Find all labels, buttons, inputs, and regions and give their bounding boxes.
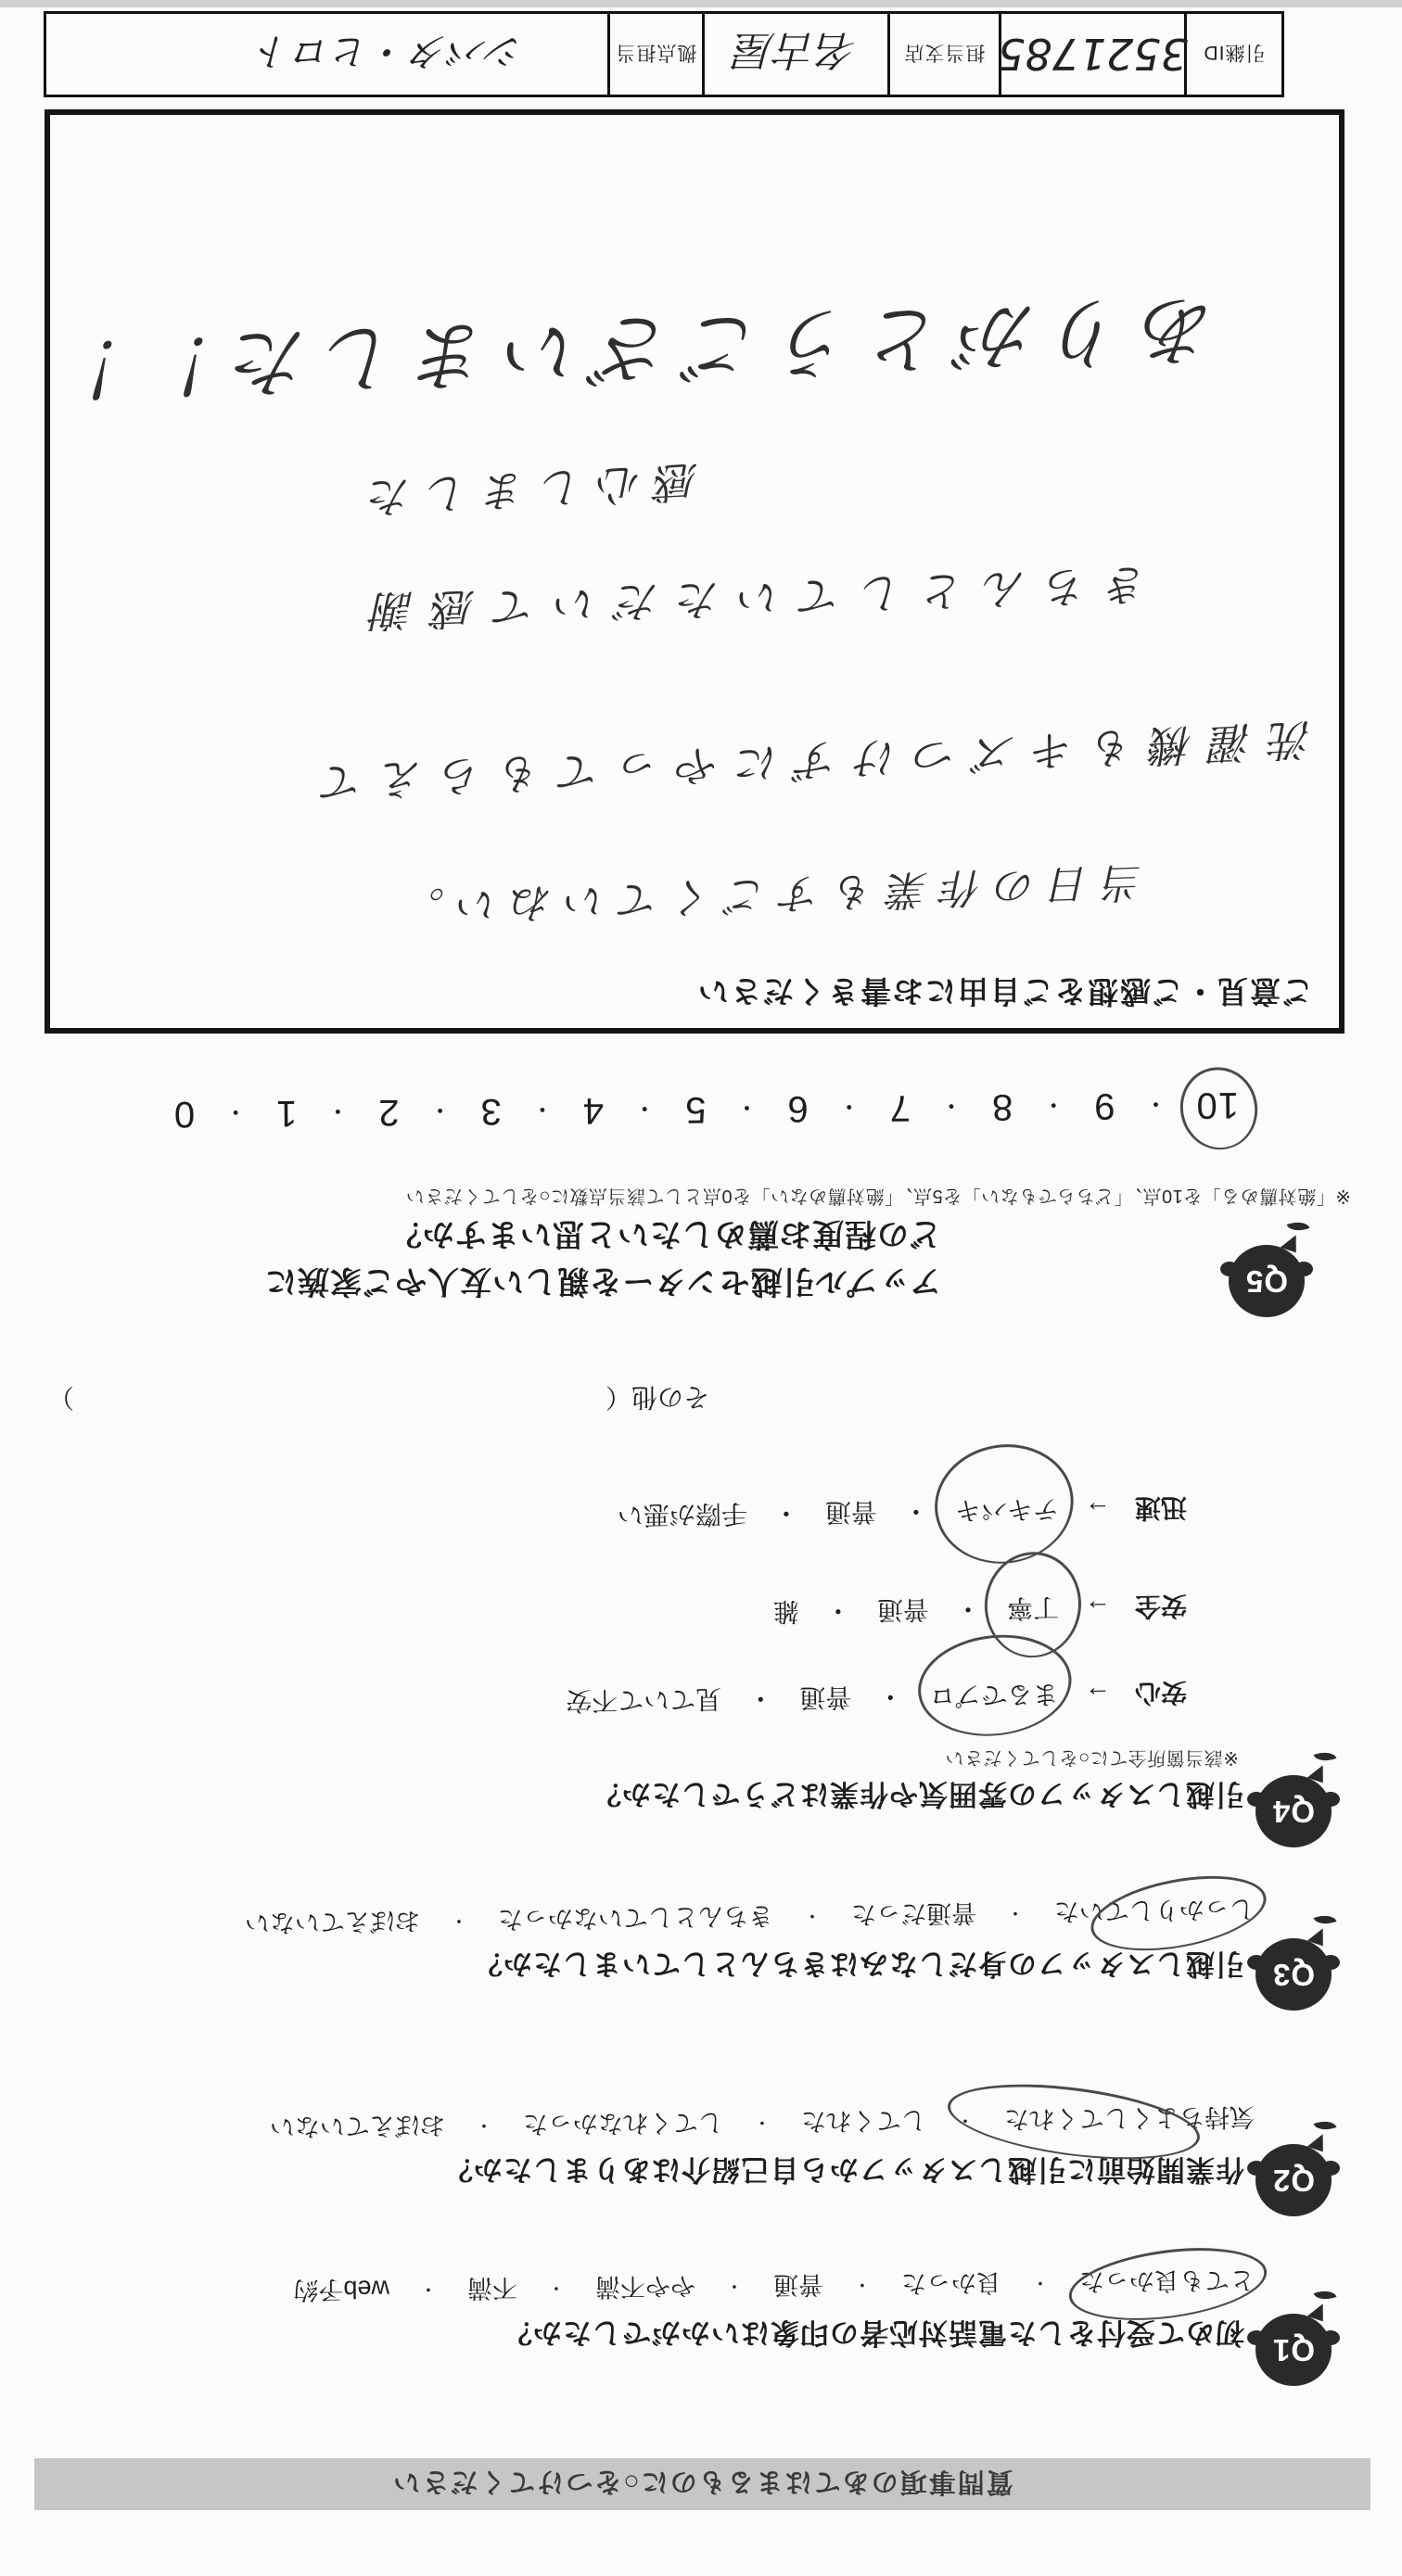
scale-number: 8 [988, 1085, 1017, 1127]
option-selected: しっかりしていた [1052, 1891, 1257, 1934]
scale-separator: ・ [1142, 1088, 1167, 1123]
table-value-branch: 名古屋 [702, 14, 887, 95]
handwriting-line: 感心しました [353, 452, 701, 531]
option-selected: 丁寧 [1005, 1589, 1062, 1631]
scale-separator: ・ [733, 1092, 758, 1126]
badge-decoration [1294, 1262, 1313, 1276]
option-separator: ・ [956, 2109, 975, 2136]
instruction-bar: 質問事項のあてはまるものに○をつけてください [34, 2458, 1370, 2510]
option: web予約 [291, 2271, 391, 2312]
question-badge-q5: Q5 [1229, 1245, 1305, 1317]
question-number: Q4 [1272, 1794, 1315, 1829]
badge-tail [1307, 1925, 1329, 1947]
upside-down-sheet: 質問事項のあてはまるものに○をつけてください Q1 初めて受付をした電話対応者の… [0, 0, 1402, 2576]
option-separator: ・ [825, 1593, 852, 1631]
scanner-edge-artifact [0, 0, 1402, 7]
question-number: Q2 [1272, 2163, 1315, 2198]
question-number: Q3 [1272, 1957, 1315, 1992]
table-value-handover-id: 3521785 [999, 14, 1184, 95]
option-separator: ・ [877, 1680, 904, 1717]
option: 普通だった [849, 1896, 979, 1937]
question-number: Q1 [1272, 2332, 1315, 2367]
option-separator: ・ [725, 2274, 744, 2301]
option: 雑 [771, 1593, 802, 1633]
question-badge-q2: Q2 [1255, 2144, 1332, 2216]
option: やや不満 [593, 2268, 697, 2309]
badge-decoration [1220, 1262, 1239, 1276]
other-option-close-paren: ） [48, 1380, 74, 1417]
badge-decoration [1247, 2161, 1266, 2176]
option: 良かった [899, 2265, 1003, 2305]
q4-other-row: その他（ ） [48, 1380, 709, 1417]
option-separator: ・ [803, 1904, 822, 1931]
other-option-label: その他（ [605, 1380, 709, 1417]
badge-tail [1307, 2131, 1329, 2152]
question-badge-q1: Q1 [1255, 2314, 1332, 2386]
scanned-survey-page: 質問事項のあてはまるものに○をつけてください Q1 初めて受付をした電話対応者の… [0, 0, 1402, 2576]
scale-number: 9 [1090, 1085, 1119, 1126]
option-selected: とても良かった [1077, 2263, 1256, 2304]
option: きちんとしていなかった [496, 1898, 776, 1942]
option-separator: ・ [1006, 1901, 1025, 1928]
scale-separator: ・ [938, 1090, 963, 1124]
arrow-icon: → [1085, 1593, 1111, 1623]
comment-box-instruction: ご意見・ご感想をご自由にお書きください [696, 971, 1313, 1015]
option-separator: ・ [903, 1494, 930, 1531]
nps-scale-row: 10 ・ 9 ・ 8 ・ 7 ・ 6 ・ 5 ・ 4 ・ 3 ・ 2 ・ 1 ・… [170, 1084, 1243, 1135]
option-separator: ・ [450, 1909, 468, 1935]
options-row-q3: しっかりしていた ・ 普通だった ・ きちんとしていなかった ・ おぼえていない [243, 1891, 1256, 1945]
badge-decoration [1321, 2161, 1340, 2176]
instruction-bar-text: 質問事項のあてはまるものに○をつけてください [391, 2466, 1013, 2504]
scale-number: 5 [681, 1088, 710, 1130]
handwriting-line: 当日の作業もすごくていねい。 [390, 856, 1145, 941]
option: 普通 [771, 2266, 825, 2307]
options-row-q2: 気持ちよくしてくれた ・ してくれた ・ してくれなかった ・ おぼえていない [268, 2099, 1256, 2149]
badge-decoration [1247, 1955, 1266, 1970]
scale-separator: ・ [427, 1094, 452, 1128]
badge-tail [1281, 1232, 1302, 1253]
question-text-q1: 初めて受付をした電話対応者の印象はいかがでしたか？ [503, 2315, 1244, 2356]
scale-number: 7 [885, 1086, 914, 1128]
arrow-icon: → [1085, 1680, 1111, 1709]
arrow-icon: → [1085, 1495, 1111, 1525]
badge-decoration [1247, 2330, 1266, 2345]
option-separator: ・ [753, 2111, 771, 2138]
option: 普通 [797, 1678, 854, 1719]
scale-number: 6 [783, 1087, 812, 1129]
table-label-handover-id: 引継ID [1184, 14, 1281, 95]
scale-number: 4 [579, 1089, 608, 1131]
row-label: 迅速 [1135, 1491, 1188, 1529]
scale-separator: ・ [529, 1093, 554, 1127]
option: 見ていて不安 [564, 1680, 724, 1722]
scale-separator: ・ [325, 1095, 350, 1129]
question-text-q4: 引越しスタッフの雰囲気や作業はどうでしたか？ [592, 1776, 1244, 1818]
handwriting-line: きちんとしていただいて感謝 [352, 556, 1150, 645]
q4-row-anshin: 安心 → まるでプロ ・ 普通 ・ 見ていて不安 [564, 1673, 1187, 1722]
question-note-q5: ※「絶対薦める」を10点、「どちらでもない」を5点、「絶対薦めない」を0点として… [405, 1185, 1351, 1212]
table-label-branch: 担当支店 [887, 14, 999, 95]
question-text-q2: 作業開始前に引越しスタッフから自己紹介はありましたか？ [443, 2151, 1244, 2193]
question-note-q4: ※該当箇所全てに○をしてください [945, 1746, 1239, 1773]
option-separator: ・ [419, 2278, 438, 2304]
option: してくれた [799, 2102, 928, 2143]
badge-decoration [1247, 1792, 1266, 1807]
scale-number: 1 [272, 1092, 301, 1134]
scale-number: 3 [476, 1090, 505, 1132]
badge-decoration [1321, 1955, 1340, 1970]
handover-table: 引継ID 3521785 担当支店 名古屋 拠点担当 シバタ・ヒロト [44, 11, 1284, 97]
option: おぼえていない [243, 1903, 423, 1946]
option: 普通 [875, 1591, 932, 1632]
handwriting-line: 洗濯機もキズつけずにやってもらえて [304, 711, 1314, 816]
scale-number-selected: 10 [1192, 1084, 1243, 1125]
scale-number: 0 [170, 1093, 199, 1135]
option-selected: 気持ちよくしてくれた [1002, 2099, 1256, 2141]
badge-decoration [1321, 2330, 1340, 2345]
row-label: 安全 [1135, 1589, 1188, 1627]
option-selected: テキパキ [953, 1491, 1062, 1533]
option-separator: ・ [773, 1496, 800, 1533]
option: おぼえていない [268, 2108, 447, 2150]
option: 普通 [823, 1492, 880, 1534]
scale-separator: ・ [836, 1091, 861, 1125]
question-text-q5-line1: アップル引越センターを親しい友人やご家族に [264, 1262, 941, 1307]
scale-number: 2 [374, 1091, 403, 1133]
option-separator: ・ [955, 1592, 982, 1629]
question-text-q5-line2: どの程度お薦めしたいと思いますか？ [389, 1214, 941, 1260]
badge-tail [1307, 2301, 1329, 2322]
option-separator: ・ [747, 1681, 774, 1719]
option: 不満 [465, 2270, 519, 2311]
badge-tail [1307, 1762, 1329, 1783]
question-badge-q3: Q3 [1255, 1938, 1332, 2011]
option: 手際が悪い [616, 1494, 750, 1537]
handwriting-line: ありがとうございました！！ [35, 280, 1219, 429]
row-label: 安心 [1135, 1675, 1188, 1713]
option-separator: ・ [475, 2113, 493, 2140]
options-row-q1: とても良かった ・ 良かった ・ 普通 ・ やや不満 ・ 不満 ・ web予約 [291, 2263, 1256, 2313]
table-label-site-staff: 拠点担当 [607, 14, 702, 95]
comment-box: ご意見・ご感想をご自由にお書きください 当日の作業もすごくていねい。 洗濯機もキ… [45, 109, 1345, 1034]
q4-row-anzen: 安全 → 丁寧 ・ 普通 ・ 雑 [771, 1587, 1188, 1633]
scale-separator: ・ [1040, 1089, 1065, 1123]
q4-row-jinsoku: 迅速 → テキパキ ・ 普通 ・ 手際が悪い [616, 1489, 1188, 1538]
option-selected: まるでプロ [927, 1675, 1061, 1718]
badge-decoration [1321, 1792, 1340, 1807]
option-separator: ・ [1031, 2271, 1050, 2298]
option-separator: ・ [547, 2276, 566, 2303]
question-text-q3: 引越しスタッフの身だしなみはきちんとしていましたか？ [473, 1946, 1244, 1987]
scale-separator: ・ [223, 1096, 248, 1130]
scale-separator: ・ [631, 1092, 656, 1126]
question-badge-q4: Q4 [1255, 1775, 1332, 1847]
option-separator: ・ [853, 2273, 872, 2300]
option: してくれなかった [521, 2104, 725, 2146]
table-value-site-staff: シバタ・ヒロト [46, 14, 607, 95]
question-number: Q5 [1245, 1263, 1288, 1299]
